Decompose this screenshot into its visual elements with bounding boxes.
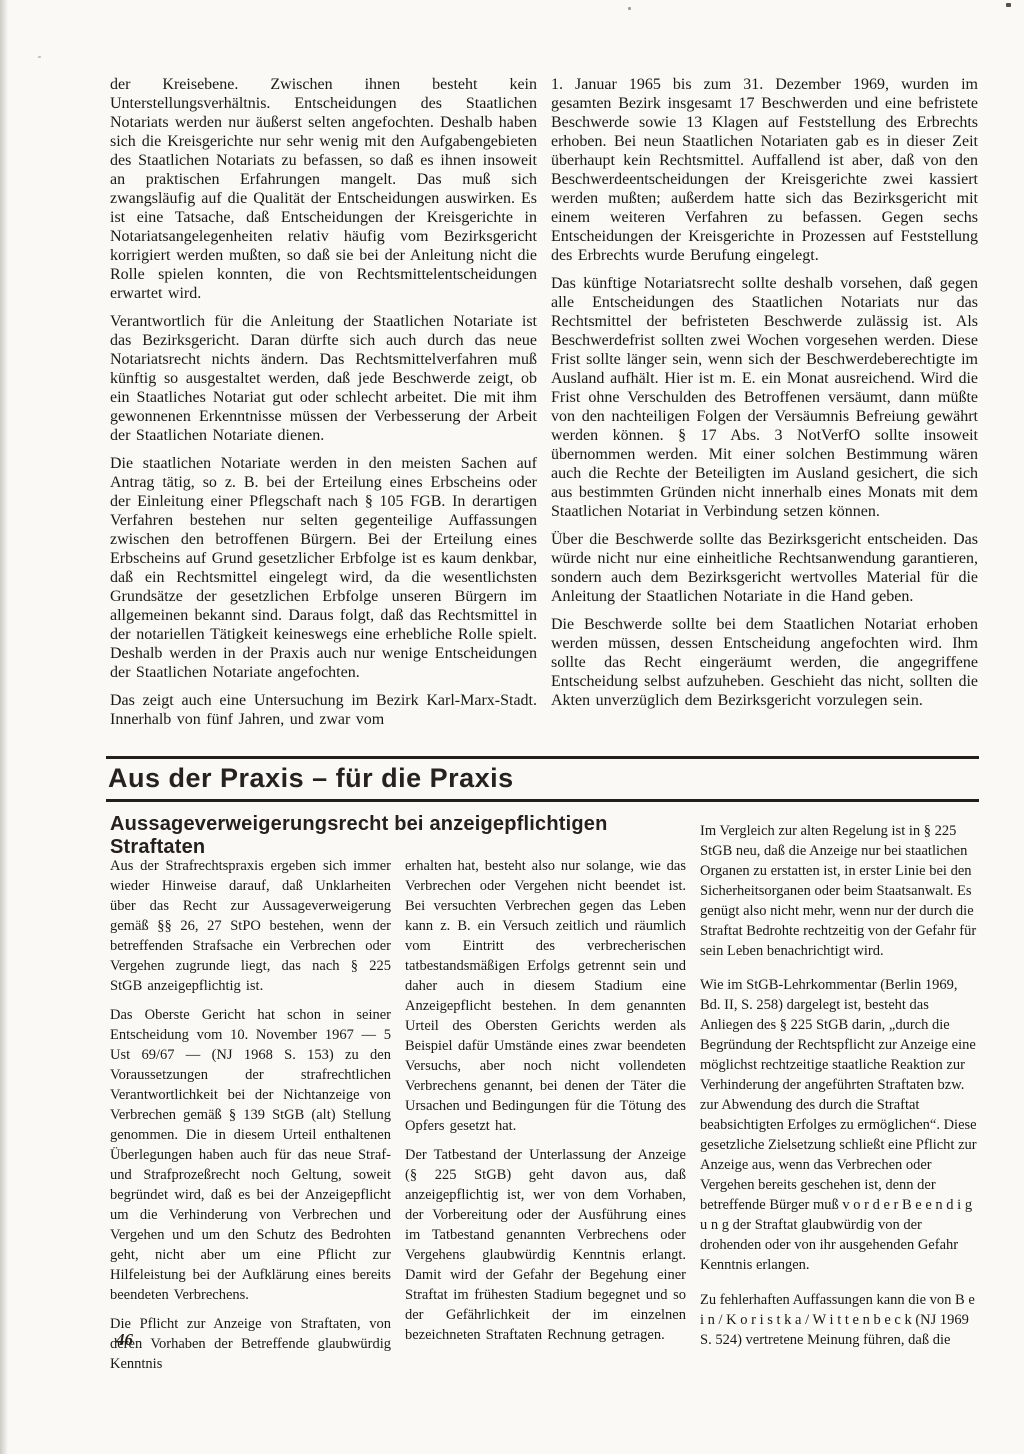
page-number: 46 bbox=[116, 1330, 133, 1350]
top-right-column: 1. Januar 1965 bis zum 31. Dezember 1969… bbox=[551, 75, 978, 738]
paragraph: Im Vergleich zur alten Regelung ist in §… bbox=[700, 821, 981, 961]
paragraph: Der Tatbestand der Unterlassung der Anze… bbox=[405, 1145, 686, 1345]
section-band-title: Aus der Praxis – für die Praxis bbox=[108, 763, 979, 794]
section-band: Aus der Praxis – für die Praxis bbox=[106, 756, 979, 802]
scan-speck bbox=[628, 7, 631, 10]
paragraph: Die Pflicht zur Anzeige von Straftaten, … bbox=[110, 1314, 391, 1374]
scan-speck bbox=[1006, 3, 1011, 7]
top-left-column: der Kreisebene. Zwischen ihnen besteht k… bbox=[110, 75, 537, 738]
article-column-1: Aus der Strafrechtspraxis ergeben sich i… bbox=[110, 856, 391, 1383]
article-columns-1-2: Aus der Strafrechtspraxis ergeben sich i… bbox=[110, 856, 686, 1383]
article-title: Aussageverweigerungsrecht bei anzeigepfl… bbox=[110, 813, 695, 859]
paragraph: Das künftige Notariatsrecht sollte desha… bbox=[551, 274, 978, 521]
top-two-column-section: der Kreisebene. Zwischen ihnen besteht k… bbox=[110, 75, 978, 738]
journal-page: { "page": { "number": "46" }, "top_secti… bbox=[0, 0, 1024, 1454]
scan-speck bbox=[38, 56, 41, 58]
scan-edge-shadow bbox=[0, 0, 8, 1454]
article-column-3: Im Vergleich zur alten Regelung ist in §… bbox=[700, 806, 981, 1364]
paragraph: Die staatlichen Notariate werden in den … bbox=[110, 454, 537, 682]
paragraph: erhalten hat, besteht also nur solange, … bbox=[405, 856, 686, 1136]
paragraph: Verantwortlich für die Anleitung der Sta… bbox=[110, 312, 537, 445]
paragraph: Aus der Strafrechtspraxis ergeben sich i… bbox=[110, 856, 391, 996]
paragraph: Das Oberste Gericht hat schon in seiner … bbox=[110, 1005, 391, 1305]
paragraph: der Kreisebene. Zwischen ihnen besteht k… bbox=[110, 75, 537, 303]
paragraph: 1. Januar 1965 bis zum 31. Dezember 1969… bbox=[551, 75, 978, 265]
paragraph: Das zeigt auch eine Untersuchung im Bezi… bbox=[110, 691, 537, 729]
article-column-2: erhalten hat, besteht also nur solange, … bbox=[405, 856, 686, 1383]
paragraph: Die Beschwerde sollte bei dem Staatliche… bbox=[551, 615, 978, 710]
paragraph: Über die Beschwerde sollte das Bezirksge… bbox=[551, 530, 978, 606]
paragraph: Zu fehlerhaften Auffassungen kann die vo… bbox=[700, 1290, 981, 1350]
paragraph: Wie im StGB-Lehrkommentar (Berlin 1969, … bbox=[700, 975, 981, 1275]
